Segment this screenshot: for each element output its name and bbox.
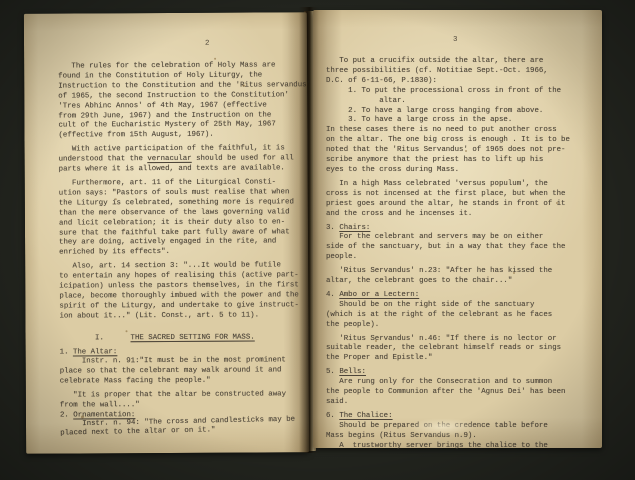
text-block: Furthermore, art. 11 of the Liturgical C… bbox=[59, 178, 312, 259]
typewriter-text: For the celebrant and servers may be on … bbox=[326, 233, 566, 261]
text-block: "It is proper that the altar be construc… bbox=[60, 390, 313, 411]
paper-speck bbox=[375, 340, 377, 342]
underlined-heading: The Altar: bbox=[73, 348, 117, 356]
typewriter-text: Instr. n. 94: "The cross and candlestick… bbox=[60, 416, 295, 438]
text-block: 'Ritus Servandus' n.23: "After he has ki… bbox=[326, 267, 570, 287]
page-number-right: 3 bbox=[453, 36, 457, 45]
text-block: 3. Chairs: bbox=[326, 224, 570, 234]
typewriter-text: 1. bbox=[60, 348, 73, 356]
typewriter-text: 4. bbox=[326, 291, 339, 299]
paper-speck bbox=[230, 220, 232, 222]
text-block: 'Ritus Servandus' n.46: "If there is no … bbox=[326, 335, 570, 365]
text-block: Are rung only for the Consecration and t… bbox=[326, 378, 570, 408]
typewriter-text: Are rung only for the Consecration and t… bbox=[326, 378, 566, 406]
typewriter-text: 3. bbox=[326, 224, 339, 232]
paper-stain bbox=[408, 418, 478, 436]
paper-speck bbox=[214, 58, 216, 60]
underlined-heading: Ambo or a Lectern: bbox=[339, 291, 419, 299]
underlined-heading: Chairs: bbox=[339, 224, 370, 232]
typewriter-text: 'Ritus Servandus' n.46: "If there is no … bbox=[326, 335, 561, 363]
page-content-right: To put a crucifix outside the altar, the… bbox=[326, 57, 570, 452]
underlined-heading: The Chalice: bbox=[339, 412, 392, 420]
paper-speck bbox=[81, 415, 84, 418]
typewriter-text: I. bbox=[60, 334, 131, 342]
underlined-heading: THE SACRED SETTING FOR MASS. bbox=[130, 333, 254, 342]
book-spread-photo: 2 The rules for the celebration of Holy … bbox=[0, 0, 635, 480]
typewriter-text: Should be on the right side of the sanct… bbox=[326, 301, 552, 329]
paper-speck bbox=[513, 272, 515, 274]
typewriter-text: 5. bbox=[326, 368, 339, 376]
text-block: Should be on the right side of the sanct… bbox=[326, 301, 570, 331]
paper-speck bbox=[115, 198, 117, 200]
typewriter-text: In a high Mass celebrated 'versus populu… bbox=[326, 180, 566, 218]
text-block: I. THE SACRED SETTING FOR MASS. bbox=[60, 333, 313, 344]
typewriter-text: The rules for the celebration of Holy Ma… bbox=[58, 61, 311, 139]
paper-speck bbox=[242, 85, 245, 87]
text-block: For the celebrant and servers may be on … bbox=[326, 233, 570, 263]
text-block: To put a crucifix outside the altar, the… bbox=[326, 57, 570, 176]
underlined-heading: Bells: bbox=[339, 368, 366, 376]
typewriter-text: To put a crucifix outside the altar, the… bbox=[326, 57, 570, 174]
typewriter-text: Instr. n. 91:"It must be in the most pro… bbox=[60, 357, 286, 386]
text-block: 4. Ambo or a Lectern: bbox=[326, 291, 570, 301]
paper-speck bbox=[126, 330, 128, 332]
text-block: In a high Mass celebrated 'versus populu… bbox=[326, 180, 570, 220]
underlined-heading: vernacular bbox=[147, 155, 191, 163]
text-block: With active participation of the faithfu… bbox=[59, 144, 312, 175]
typewriter-text: "It is proper that the altar be construc… bbox=[60, 391, 286, 410]
paper-speck bbox=[465, 150, 467, 152]
page-number-left: 2 bbox=[205, 40, 209, 49]
right-page: 3 To put a crucifix outside the altar, t… bbox=[313, 10, 602, 448]
typewriter-text: 2. bbox=[60, 411, 73, 419]
left-page: 2 The rules for the celebration of Holy … bbox=[24, 12, 309, 453]
typewriter-text: Furthermore, art. 11 of the Liturgical C… bbox=[59, 178, 294, 256]
text-block: Instr. n. 91:"It must be in the most pro… bbox=[60, 357, 313, 388]
text-block: Also, art. 14 section 3: "...It would be… bbox=[59, 261, 312, 322]
typewriter-text: 'Ritus Servandus' n.23: "After he has ki… bbox=[326, 267, 552, 285]
typewriter-text: 6. bbox=[326, 412, 339, 420]
text-block: The rules for the celebration of Holy Ma… bbox=[58, 61, 311, 142]
page-content-left: The rules for the celebration of Holy Ma… bbox=[58, 61, 313, 439]
typewriter-text: Also, art. 14 section 3: "...It would be… bbox=[59, 262, 299, 321]
paper-speck bbox=[556, 202, 558, 204]
text-block: 5. Bells: bbox=[326, 368, 570, 378]
